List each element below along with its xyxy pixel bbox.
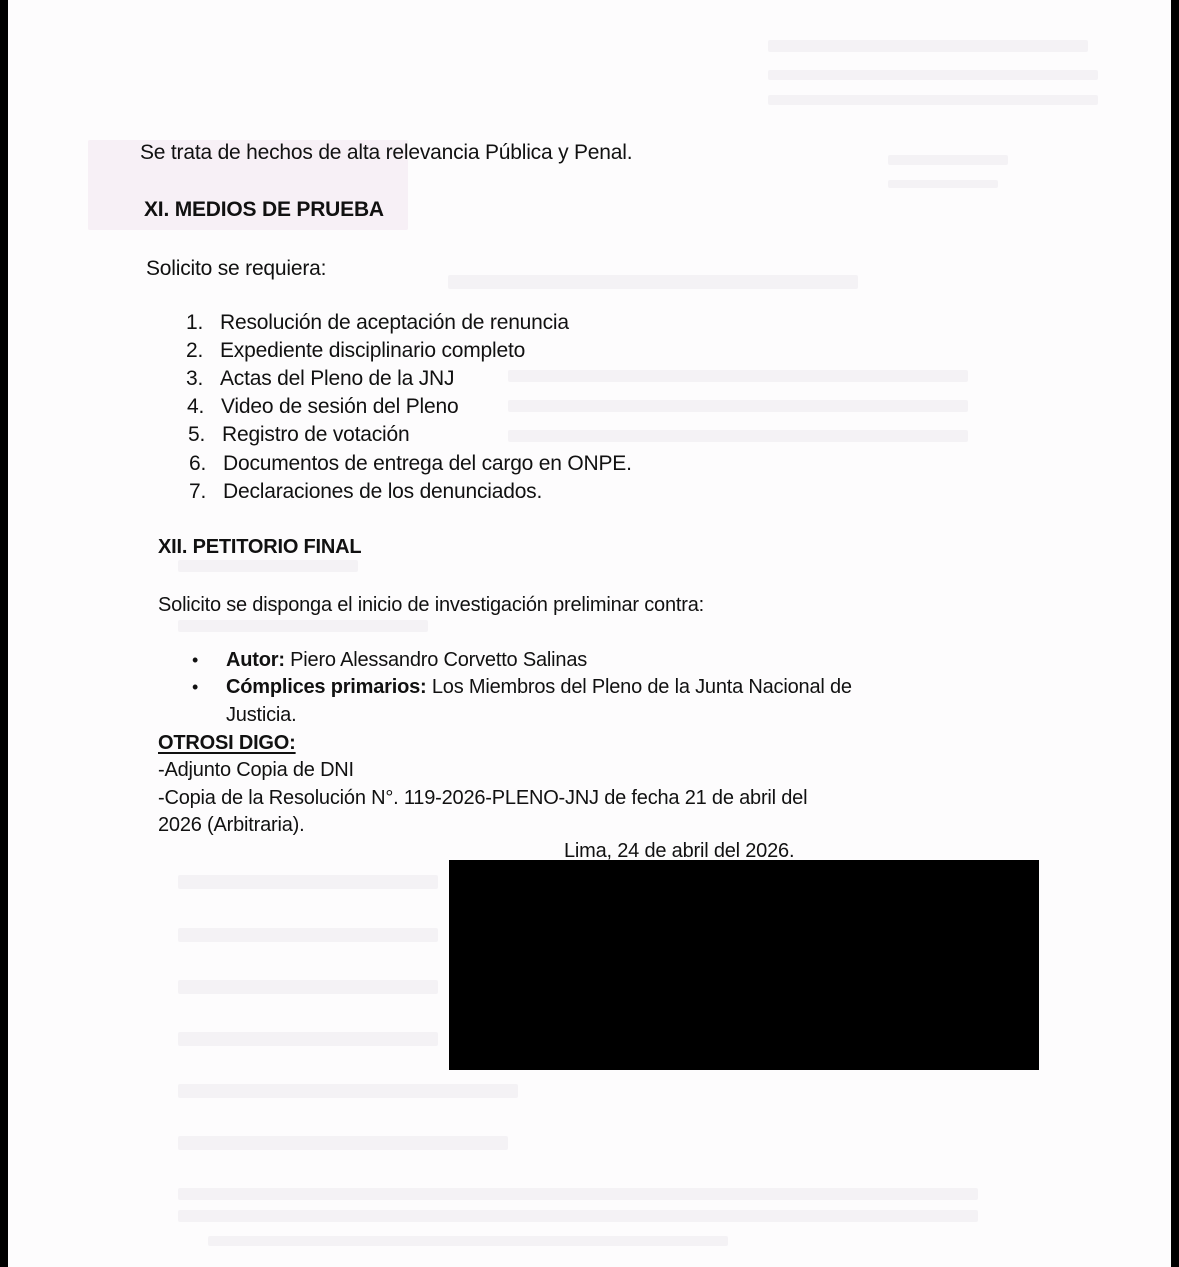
bleed-through-mark [178,620,428,632]
bleed-through-mark [768,40,1088,52]
document-page: Se trata de hechos de alta relevancia Pú… [8,0,1171,1267]
list-item: •Autor: Piero Alessandro Corvetto Salina… [192,647,587,673]
bleed-through-mark [178,1188,978,1200]
bleed-through-mark [508,400,968,412]
section-xi-heading: XI. MEDIOS DE PRUEBA [144,197,384,223]
list-item-continuation: Justicia. [226,702,296,728]
list-number: 7. [189,479,223,505]
list-number: 5. [188,422,222,448]
list-text: Actas del Pleno de la JNJ [220,367,454,390]
bullet-icon: • [192,647,226,673]
bleed-through-mark [208,1236,728,1246]
otrosi-line: 2026 (Arbitraria). [158,812,304,838]
list-number: 4. [187,394,221,420]
bleed-through-mark [508,370,968,382]
list-item: 7.Declaraciones de los denunciados. [189,479,542,505]
bleed-through-mark [178,1210,978,1222]
list-item: 3.Actas del Pleno de la JNJ [186,366,454,392]
bleed-through-mark [178,875,438,889]
bullet-label: Autor: [226,649,285,671]
bleed-through-mark [508,430,968,442]
redaction-box [449,860,1039,1070]
bleed-through-mark [178,928,438,942]
section-xii-heading: XII. PETITORIO FINAL [158,534,361,560]
bullet-text: Los Miembros del Pleno de la Junta Nacio… [432,676,852,698]
list-item: 1.Resolución de aceptación de renuncia [186,310,569,336]
bleed-through-mark [178,1136,508,1150]
otrosi-line: -Copia de la Resolución N°. 119-2026-PLE… [158,785,807,811]
list-item: 5.Registro de votación [188,422,409,448]
section-xi-lead: Solicito se requiera: [146,256,326,282]
list-text: Resolución de aceptación de renuncia [220,311,569,334]
list-text: Expediente disciplinario completo [220,339,525,362]
bleed-through-mark [448,275,858,289]
bleed-through-mark [178,560,358,572]
bleed-through-mark [178,1032,438,1046]
bleed-through-mark [888,180,998,188]
list-text: Documentos de entrega del cargo en ONPE. [223,452,632,475]
list-item: 2.Expediente disciplinario completo [186,338,525,364]
bleed-through-mark [768,70,1098,80]
bleed-through-mark [178,980,438,994]
list-item: 4.Video de sesión del Pleno [187,394,458,420]
bleed-through-mark [178,1084,518,1098]
list-number: 3. [186,366,220,392]
intro-sentence: Se trata de hechos de alta relevancia Pú… [140,140,632,166]
bleed-through-mark [768,95,1098,105]
list-item: 6.Documentos de entrega del cargo en ONP… [189,451,632,477]
bullet-label: Cómplices primarios: [226,676,427,698]
list-number: 1. [186,310,220,336]
section-xii-lead: Solicito se disponga el inicio de invest… [158,592,704,618]
list-text: Registro de votación [222,423,409,446]
list-number: 6. [189,451,223,477]
list-item: •Cómplices primarios: Los Miembros del P… [192,674,852,700]
bullet-text: Piero Alessandro Corvetto Salinas [290,649,587,671]
otrosi-line: -Adjunto Copia de DNI [158,757,354,783]
bullet-icon: • [192,674,226,700]
list-text: Declaraciones de los denunciados. [223,480,542,503]
otrosi-heading: OTROSI DIGO: [158,730,296,756]
list-text: Video de sesión del Pleno [221,395,458,418]
list-number: 2. [186,338,220,364]
bleed-through-mark [888,155,1008,165]
